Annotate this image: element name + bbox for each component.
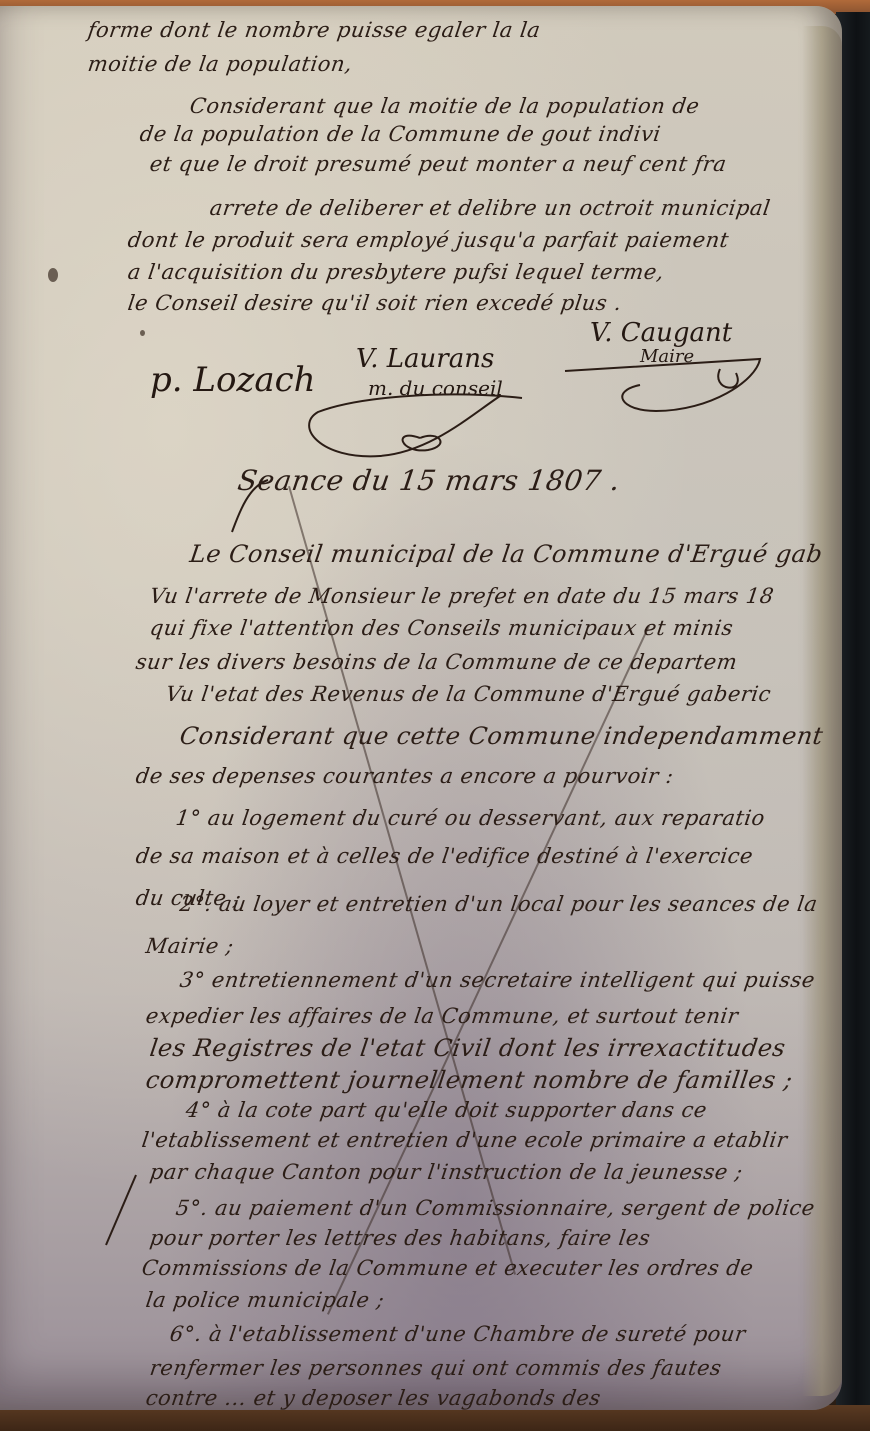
- ink-spot: [140, 330, 145, 336]
- text-line: Vu l'etat des Revenus de la Commune d'Er…: [164, 682, 772, 706]
- session-heading: Seance du 15 mars 1807 .: [236, 464, 623, 497]
- signature-flourish-caugant: [560, 351, 770, 421]
- text-line: qui fixe l'attention des Conseils munici…: [148, 616, 735, 640]
- text-line: et que le droit presumé peut monter a ne…: [148, 152, 728, 176]
- heading-flourish: [228, 476, 288, 536]
- text-line: Commissions de la Commune et executer le…: [140, 1256, 755, 1280]
- text-line: a l'acquisition du presbytere pufsi lequ…: [126, 260, 665, 284]
- ink-spot: [48, 268, 58, 282]
- text-line: Vu l'arrete de Monsieur le prefet en dat…: [148, 584, 775, 608]
- text-line: les Registres de l'etat Civil dont les i…: [148, 1034, 787, 1062]
- text-line: 6°. à l'etablissement d'une Chambre de s…: [168, 1322, 747, 1346]
- text-line: 4° à la cote part qu'elle doit supporter…: [184, 1098, 708, 1122]
- signature-caugant: V. Caugant: [590, 318, 732, 348]
- text-line: expedier les affaires de la Commune, et …: [144, 1004, 740, 1028]
- text-line: de ses depenses courantes a encore a pou…: [134, 764, 675, 788]
- text-line: moitie de la population,: [86, 52, 354, 76]
- text-line: la police municipale ;: [144, 1288, 386, 1312]
- text-line: contre ... et y deposer les vagabonds de…: [144, 1386, 602, 1410]
- text-line: Considerant que la moitie de la populati…: [188, 94, 701, 118]
- signature-laurans: V. Laurans: [356, 344, 494, 374]
- text-line: l'etablissement et entretien d'une ecole…: [140, 1128, 789, 1152]
- text-line: renfermer les personnes qui ont commis d…: [148, 1356, 723, 1380]
- text-line: Le Conseil municipal de la Commune d'Erg…: [188, 540, 824, 568]
- text-line: compromettent journellement nombre de fa…: [144, 1066, 795, 1094]
- text-line: Mairie ;: [144, 934, 235, 958]
- text-line: 3° entretiennement d'un secretaire intel…: [178, 968, 816, 992]
- text-line: Considerant que cette Commune independam…: [178, 722, 825, 750]
- text-line: dont le produit sera employé jusqu'a par…: [126, 228, 730, 252]
- text-line: le Conseil desire qu'il soit rien excedé…: [126, 291, 623, 315]
- text-line: arrete de deliberer et delibre un octroi…: [208, 196, 772, 220]
- signature-flourish-laurans: [300, 386, 530, 466]
- text-line: 1° au logement du curé ou desservant, au…: [174, 806, 766, 830]
- text-line: par chaque Canton pour l'instruction de …: [148, 1160, 744, 1184]
- text-line: de la population de la Commune de gout i…: [138, 122, 662, 146]
- text-line: 5°. au paiement d'un Commissionnaire, se…: [174, 1196, 816, 1220]
- text-line: 2°. au loyer et entretien d'un local pou…: [178, 892, 819, 916]
- manuscript-page: forme dont le nombre puisse egaler la la…: [0, 6, 842, 1410]
- signature-lozach: p. Lozach: [150, 360, 316, 400]
- text-line: sur les divers besoins de la Commune de …: [134, 650, 739, 674]
- text-line: de sa maison et à celles de l'edifice de…: [134, 844, 754, 868]
- text-line: pour porter les lettres des habitans, fa…: [148, 1226, 652, 1250]
- page-worn-edge: [802, 26, 842, 1396]
- margin-mark-slash: [100, 1171, 140, 1251]
- text-line: forme dont le nombre puisse egaler la la: [86, 18, 542, 42]
